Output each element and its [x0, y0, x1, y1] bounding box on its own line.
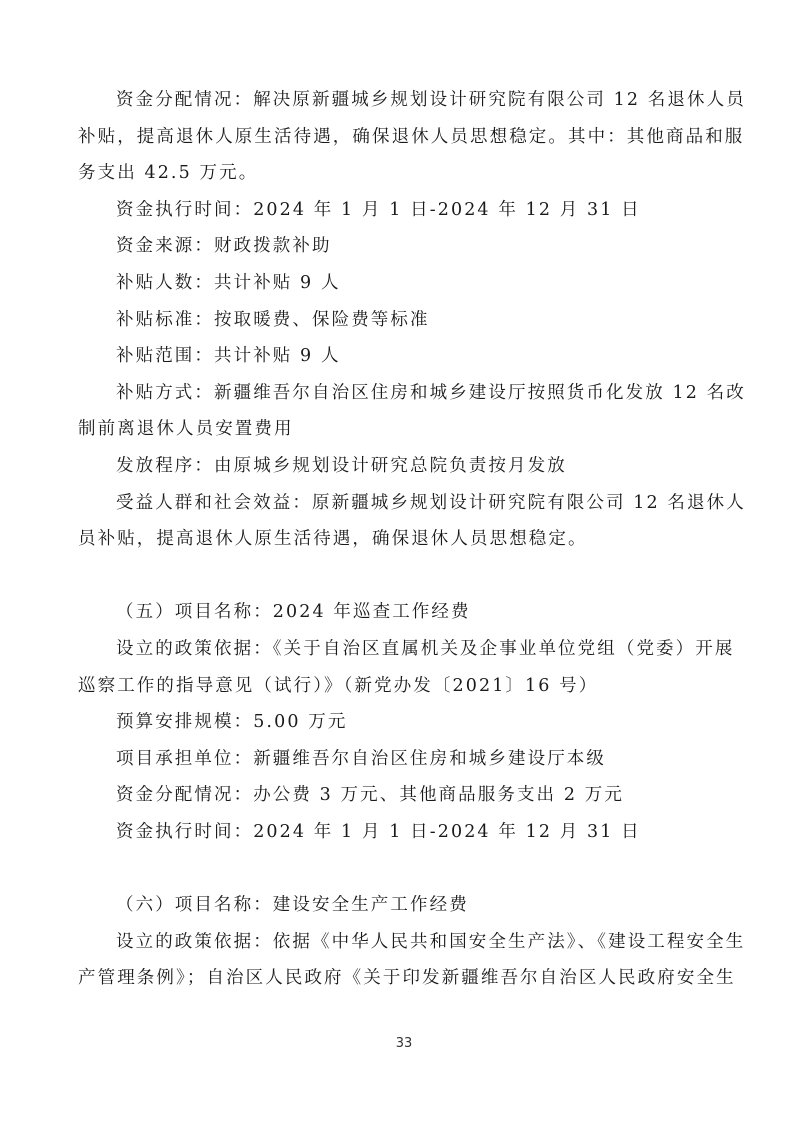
paragraph-line: 资金来源：财政拨款补助: [78, 228, 720, 265]
paragraph-line: 巡察工作的指导意见（试行）》（新党办发〔2021〕16 号）: [78, 668, 720, 705]
paragraph-line: 设立的政策依据：依据《中华人民共和国安全生产法》、《建设工程安全生: [78, 924, 720, 961]
paragraph-line: 资金分配情况：办公费 3 万元、其他商品服务支出 2 万元: [78, 777, 720, 814]
paragraph-line: 补贴范围：共计补贴 9 人: [78, 338, 720, 375]
paragraph-line: 受益人群和社会效益：原新疆城乡规划设计研究院有限公司 12 名退休人: [78, 485, 720, 522]
paragraph-line: 补贴方式：新疆维吾尔自治区住房和城乡建设厅按照货币化发放 12 名改: [78, 375, 720, 412]
section-heading-6: （六）项目名称：建设安全生产工作经费: [78, 887, 720, 924]
paragraph-line: 产管理条例》；自治区人民政府《关于印发新疆维吾尔自治区人民政府安全生: [78, 960, 720, 997]
paragraph-line: 补贴，提高退休人原生活待遇，确保退休人员思想稳定。其中：其他商品和服: [78, 119, 720, 156]
paragraph-line: 资金分配情况：解决原新疆城乡规划设计研究院有限公司 12 名退休人员: [78, 82, 720, 119]
paragraph-line: 务支出 42.5 万元。: [78, 155, 720, 192]
paragraph-line: 制前离退休人员安置费用: [78, 411, 720, 448]
page-number: 33: [0, 1036, 808, 1051]
section-gap: [78, 850, 720, 887]
paragraph-line: 资金执行时间：2024 年 1 月 1 日-2024 年 12 月 31 日: [78, 814, 720, 851]
section-heading-5: （五）项目名称：2024 年巡查工作经费: [78, 594, 720, 631]
paragraph-line: 补贴人数：共计补贴 9 人: [78, 265, 720, 302]
paragraph-line: 补贴标准：按取暖费、保险费等标准: [78, 302, 720, 339]
paragraph-line: 设立的政策依据：《关于自治区直属机关及企事业单位党组（党委）开展: [78, 631, 720, 668]
paragraph-line: 项目承担单位：新疆维吾尔自治区住房和城乡建设厅本级: [78, 741, 720, 778]
paragraph-line: 预算安排规模：5.00 万元: [78, 704, 720, 741]
paragraph-line: 发放程序：由原城乡规划设计研究总院负责按月发放: [78, 448, 720, 485]
paragraph-line: 资金执行时间：2024 年 1 月 1 日-2024 年 12 月 31 日: [78, 192, 720, 229]
section-gap: [78, 558, 720, 595]
paragraph-line: 员补贴，提高退休人原生活待遇，确保退休人员思想稳定。: [78, 521, 720, 558]
document-page: 资金分配情况：解决原新疆城乡规划设计研究院有限公司 12 名退休人员 补贴，提高…: [78, 82, 720, 997]
